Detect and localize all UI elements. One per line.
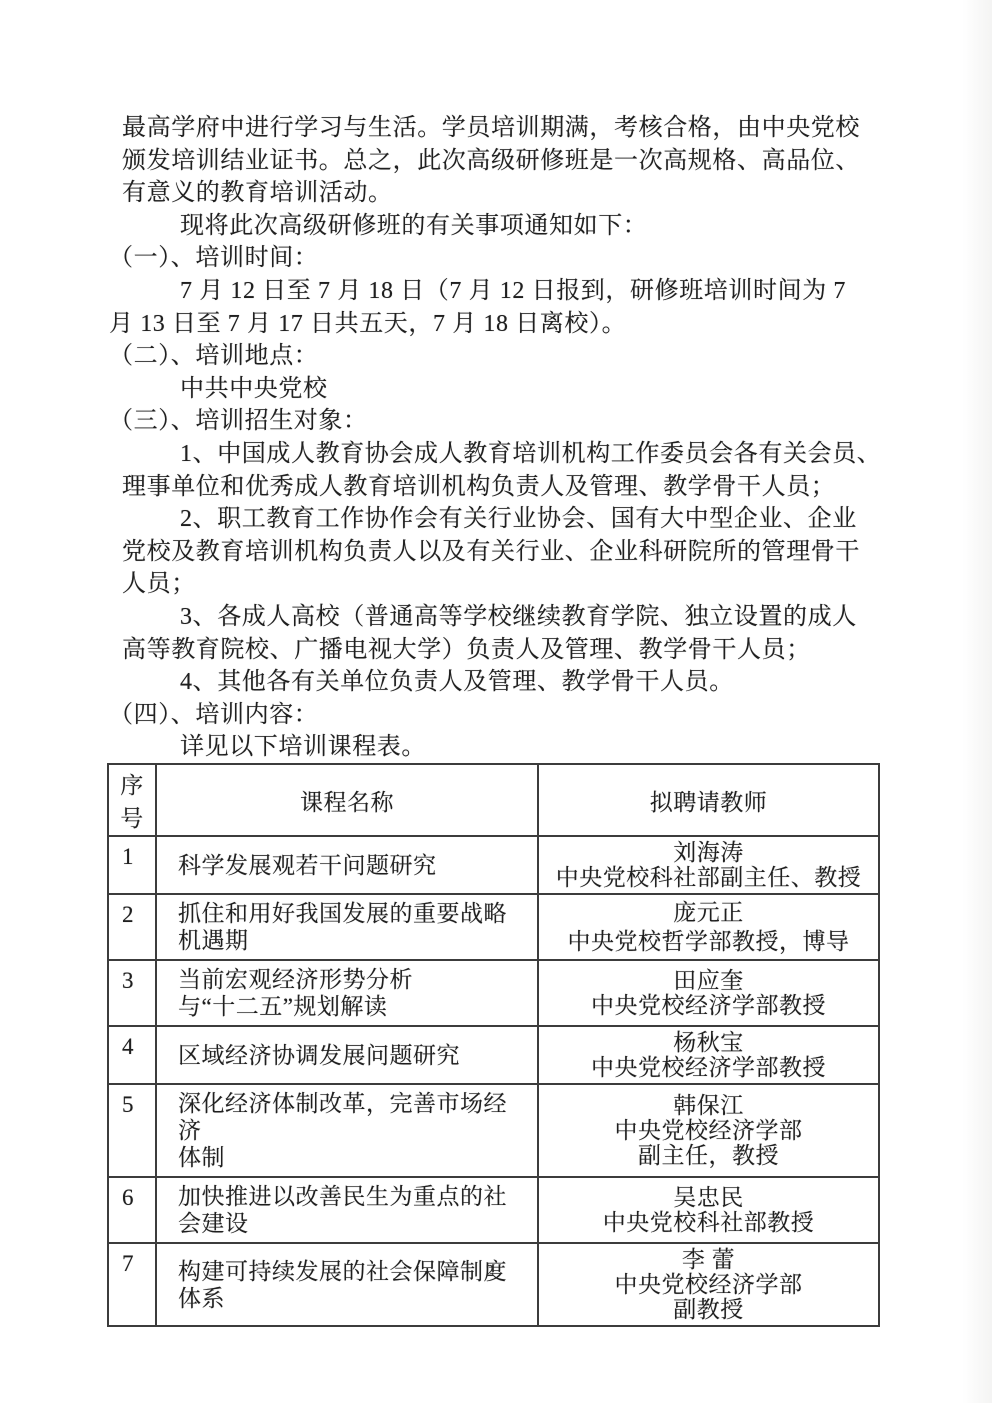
cell-teacher: 庞元正中央党校哲学部教授，博导 (538, 894, 879, 960)
cell-line: 中央党校科社部副主任、教授 (543, 865, 874, 890)
cell-course-name: 构建可持续发展的社会保障制度体系 (156, 1243, 538, 1326)
cell-line: 3 (122, 968, 155, 994)
text-line: 详见以下培训课程表。 (122, 731, 878, 764)
scanned-document-page: 最高学府中进行学习与生活。学员培训期满，考核合格，由中央党校颁发培训结业证书。总… (0, 0, 992, 1403)
cell-line: 吴忠民 (543, 1185, 874, 1210)
text-line: 党校及教育培训机构负责人以及有关行业、企业科研院所的管理骨干 (122, 536, 878, 569)
cell-line: 中央党校经济学部教授 (543, 1055, 874, 1080)
page-number: 2 (0, 1261, 980, 1281)
cell-teacher: 吴忠民中央党校科社部教授 (538, 1177, 879, 1243)
text-line: 7 月 12 日至 7 月 18 日（7 月 12 日报到，研修班培训时间为 7 (122, 275, 878, 308)
column-header: 课程名称 (156, 764, 538, 836)
cell-line: 5 (122, 1092, 155, 1118)
table-row: 3当前宏观经济形势分析与“十二五”规划解读田应奎中央党校经济学部教授 (108, 960, 879, 1026)
cell-index: 2 (108, 894, 156, 960)
text-line: 2、职工教育工作协作会有关行业协会、国有大中型企业、企业 (122, 503, 878, 536)
cell-line: 田应奎 (543, 968, 874, 993)
course-table-body: 1科学发展观若干问题研究刘海涛中央党校科社部副主任、教授2抓住和用好我国发展的重… (108, 836, 879, 1326)
text-line: 3、各成人高校（普通高等学校继续教育学院、独立设置的成人 (122, 601, 878, 634)
cell-line: 中央党校科社部教授 (543, 1210, 874, 1235)
cell-line: 1 (122, 844, 155, 870)
cell-line: 韩保江 (543, 1093, 874, 1118)
cell-teacher: 刘海涛中央党校科社部副主任、教授 (538, 836, 879, 894)
cell-course-name: 区域经济协调发展问题研究 (156, 1026, 538, 1084)
cell-line: 体系 (178, 1285, 529, 1312)
column-header: 序号 (108, 764, 156, 836)
table-row: 1科学发展观若干问题研究刘海涛中央党校科社部副主任、教授 (108, 836, 879, 894)
cell-line: 副教授 (543, 1297, 874, 1322)
cell-teacher: 韩保江中央党校经济学部副主任，教授 (538, 1084, 879, 1177)
course-table: 序号课程名称拟聘请教师 1科学发展观若干问题研究刘海涛中央党校科社部副主任、教授… (107, 763, 880, 1327)
course-table-head: 序号课程名称拟聘请教师 (108, 764, 879, 836)
text-line: 中共中央党校 (122, 373, 878, 406)
cell-index: 3 (108, 960, 156, 1026)
text-line: 理事单位和优秀成人教育培训机构负责人及管理、教学骨干人员； (122, 471, 878, 504)
column-header: 拟聘请教师 (538, 764, 879, 836)
text-line: 1、中国成人教育协会成人教育培训机构工作委员会各有关会员、 (122, 438, 878, 471)
cell-line: 区域经济协调发展问题研究 (178, 1042, 529, 1069)
table-row: 2抓住和用好我国发展的重要战略机遇期庞元正中央党校哲学部教授，博导 (108, 894, 879, 960)
cell-line: 体制 (178, 1144, 529, 1171)
cell-index: 7 (108, 1243, 156, 1326)
text-line: 高等教育院校、广播电视大学）负责人及管理、教学骨干人员； (122, 634, 878, 667)
cell-line: 中央党校哲学部教授，博导 (543, 927, 874, 956)
cell-line: 加快推进以改善民生为重点的社 (178, 1183, 529, 1210)
cell-teacher: 田应奎中央党校经济学部教授 (538, 960, 879, 1026)
text-line: 颁发培训结业证书。总之，此次高级研修班是一次高规格、高品位、 (122, 145, 878, 178)
table-row: 6加快推进以改善民生为重点的社会建设吴忠民中央党校科社部教授 (108, 1177, 879, 1243)
cell-index: 6 (108, 1177, 156, 1243)
cell-index: 5 (108, 1084, 156, 1177)
cell-teacher: 李 蕾中央党校经济学部副教授 (538, 1243, 879, 1326)
text-line: 最高学府中进行学习与生活。学员培训期满，考核合格，由中央党校 (122, 112, 878, 145)
cell-index: 1 (108, 836, 156, 894)
text-line: （一）、培训时间： (109, 242, 878, 275)
table-row: 5深化经济体制改革，完善市场经济体制韩保江中央党校经济学部副主任，教授 (108, 1084, 879, 1177)
table-row: 7构建可持续发展的社会保障制度体系李 蕾中央党校经济学部副教授 (108, 1243, 879, 1326)
text-line: 现将此次高级研修班的有关事项通知如下： (122, 210, 878, 243)
cell-course-name: 科学发展观若干问题研究 (156, 836, 538, 894)
cell-line: 副主任，教授 (543, 1143, 874, 1168)
text-line: （二）、培训地点： (109, 340, 878, 373)
cell-teacher: 杨秋宝中央党校经济学部教授 (538, 1026, 879, 1084)
cell-line: 与“十二五”规划解读 (178, 993, 529, 1020)
cell-line: 机遇期 (178, 927, 529, 954)
cell-index: 4 (108, 1026, 156, 1084)
table-row: 4区域经济协调发展问题研究杨秋宝中央党校经济学部教授 (108, 1026, 879, 1084)
cell-line: 刘海涛 (543, 840, 874, 865)
cell-line: 6 (122, 1185, 155, 1211)
cell-course-name: 深化经济体制改革，完善市场经济体制 (156, 1084, 538, 1177)
cell-course-name: 加快推进以改善民生为重点的社会建设 (156, 1177, 538, 1243)
cell-line: 会建设 (178, 1210, 529, 1237)
cell-line: 深化经济体制改革，完善市场经济 (178, 1090, 529, 1144)
cell-line: 4 (122, 1034, 155, 1060)
cell-line: 科学发展观若干问题研究 (178, 852, 529, 879)
text-line: 有意义的教育培训活动。 (122, 177, 878, 210)
cell-line: 杨秋宝 (543, 1030, 874, 1055)
cell-line: 庞元正 (543, 898, 874, 927)
cell-line: 中央党校经济学部 (543, 1118, 874, 1143)
course-table-header-row: 序号课程名称拟聘请教师 (108, 764, 879, 836)
text-line: 4、其他各有关单位负责人及管理、教学骨干人员。 (122, 666, 878, 699)
text-line: （三）、培训招生对象： (109, 405, 878, 438)
cell-line: 2 (122, 902, 155, 928)
text-line: 月 13 日至 7 月 17 日共五天，7 月 18 日离校）。 (109, 308, 878, 341)
cell-line: 中央党校经济学部教授 (543, 993, 874, 1018)
cell-course-name: 抓住和用好我国发展的重要战略机遇期 (156, 894, 538, 960)
text-line: 人员； (122, 568, 878, 601)
cell-line: 当前宏观经济形势分析 (178, 966, 529, 993)
cell-line: 抓住和用好我国发展的重要战略 (178, 900, 529, 927)
document-body: 最高学府中进行学习与生活。学员培训期满，考核合格，由中央党校颁发培训结业证书。总… (122, 112, 878, 764)
cell-course-name: 当前宏观经济形势分析与“十二五”规划解读 (156, 960, 538, 1026)
text-line: （四）、培训内容： (109, 699, 878, 732)
